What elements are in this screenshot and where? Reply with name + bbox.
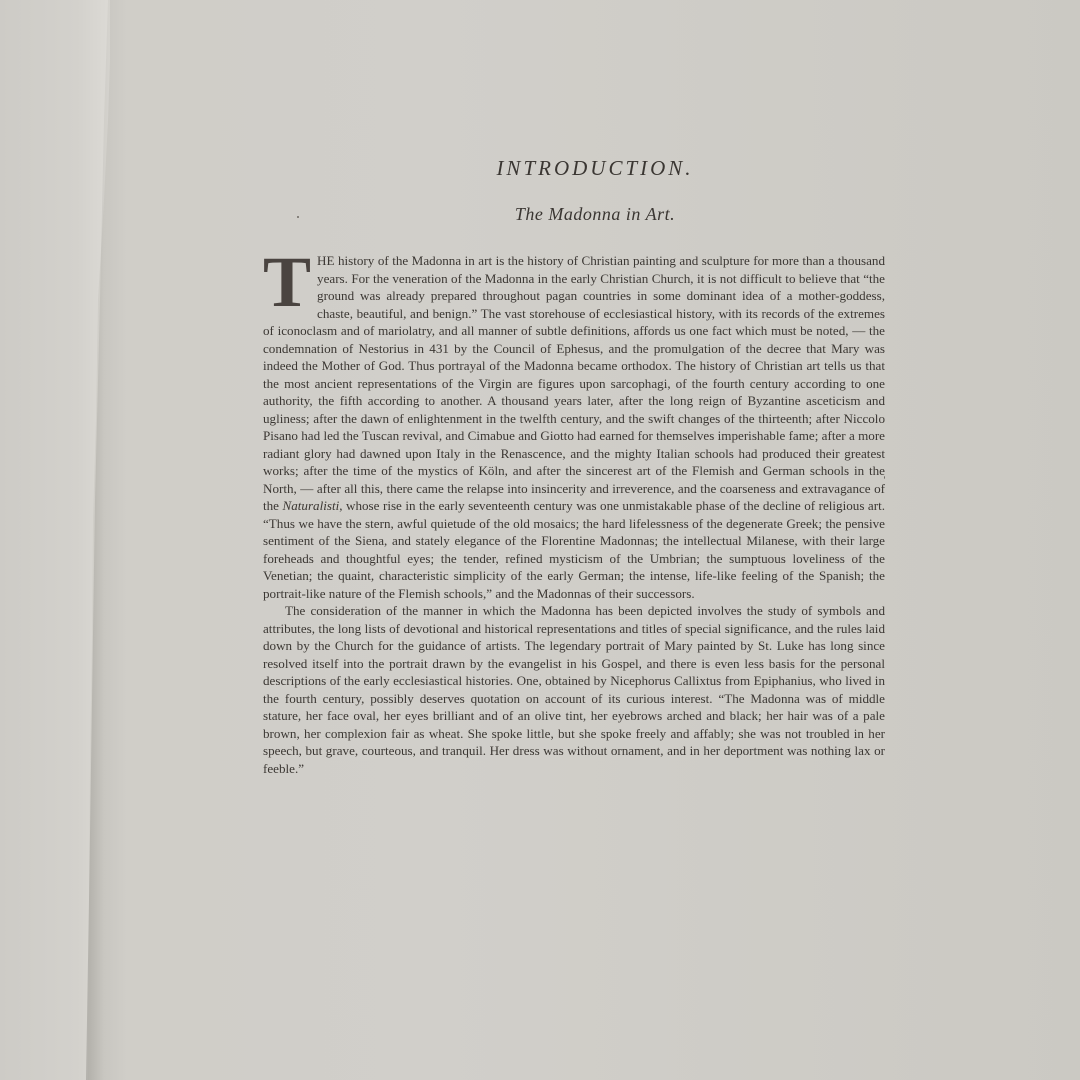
italic-term: Naturalisti bbox=[282, 498, 339, 513]
paragraph-1-text-b: , whose rise in the early seventeenth ce… bbox=[263, 498, 885, 601]
paragraph-2: The consideration of the manner in which… bbox=[263, 602, 885, 777]
paragraph-1: THE history of the Madonna in art is the… bbox=[263, 252, 885, 602]
paragraph-1-text-a: HE history of the Madonna in art is the … bbox=[263, 253, 885, 513]
paper-speck bbox=[297, 216, 299, 218]
paper-speck bbox=[884, 476, 885, 479]
page-subtitle: The Madonna in Art. bbox=[110, 204, 1080, 225]
book-page: INTRODUCTION. The Madonna in Art. THE hi… bbox=[110, 0, 1080, 1080]
body-text: THE history of the Madonna in art is the… bbox=[263, 252, 885, 777]
book-spread-photo: INTRODUCTION. The Madonna in Art. THE hi… bbox=[0, 0, 1080, 1080]
drop-cap-letter: T bbox=[263, 254, 311, 310]
page-title: INTRODUCTION. bbox=[110, 156, 1080, 181]
